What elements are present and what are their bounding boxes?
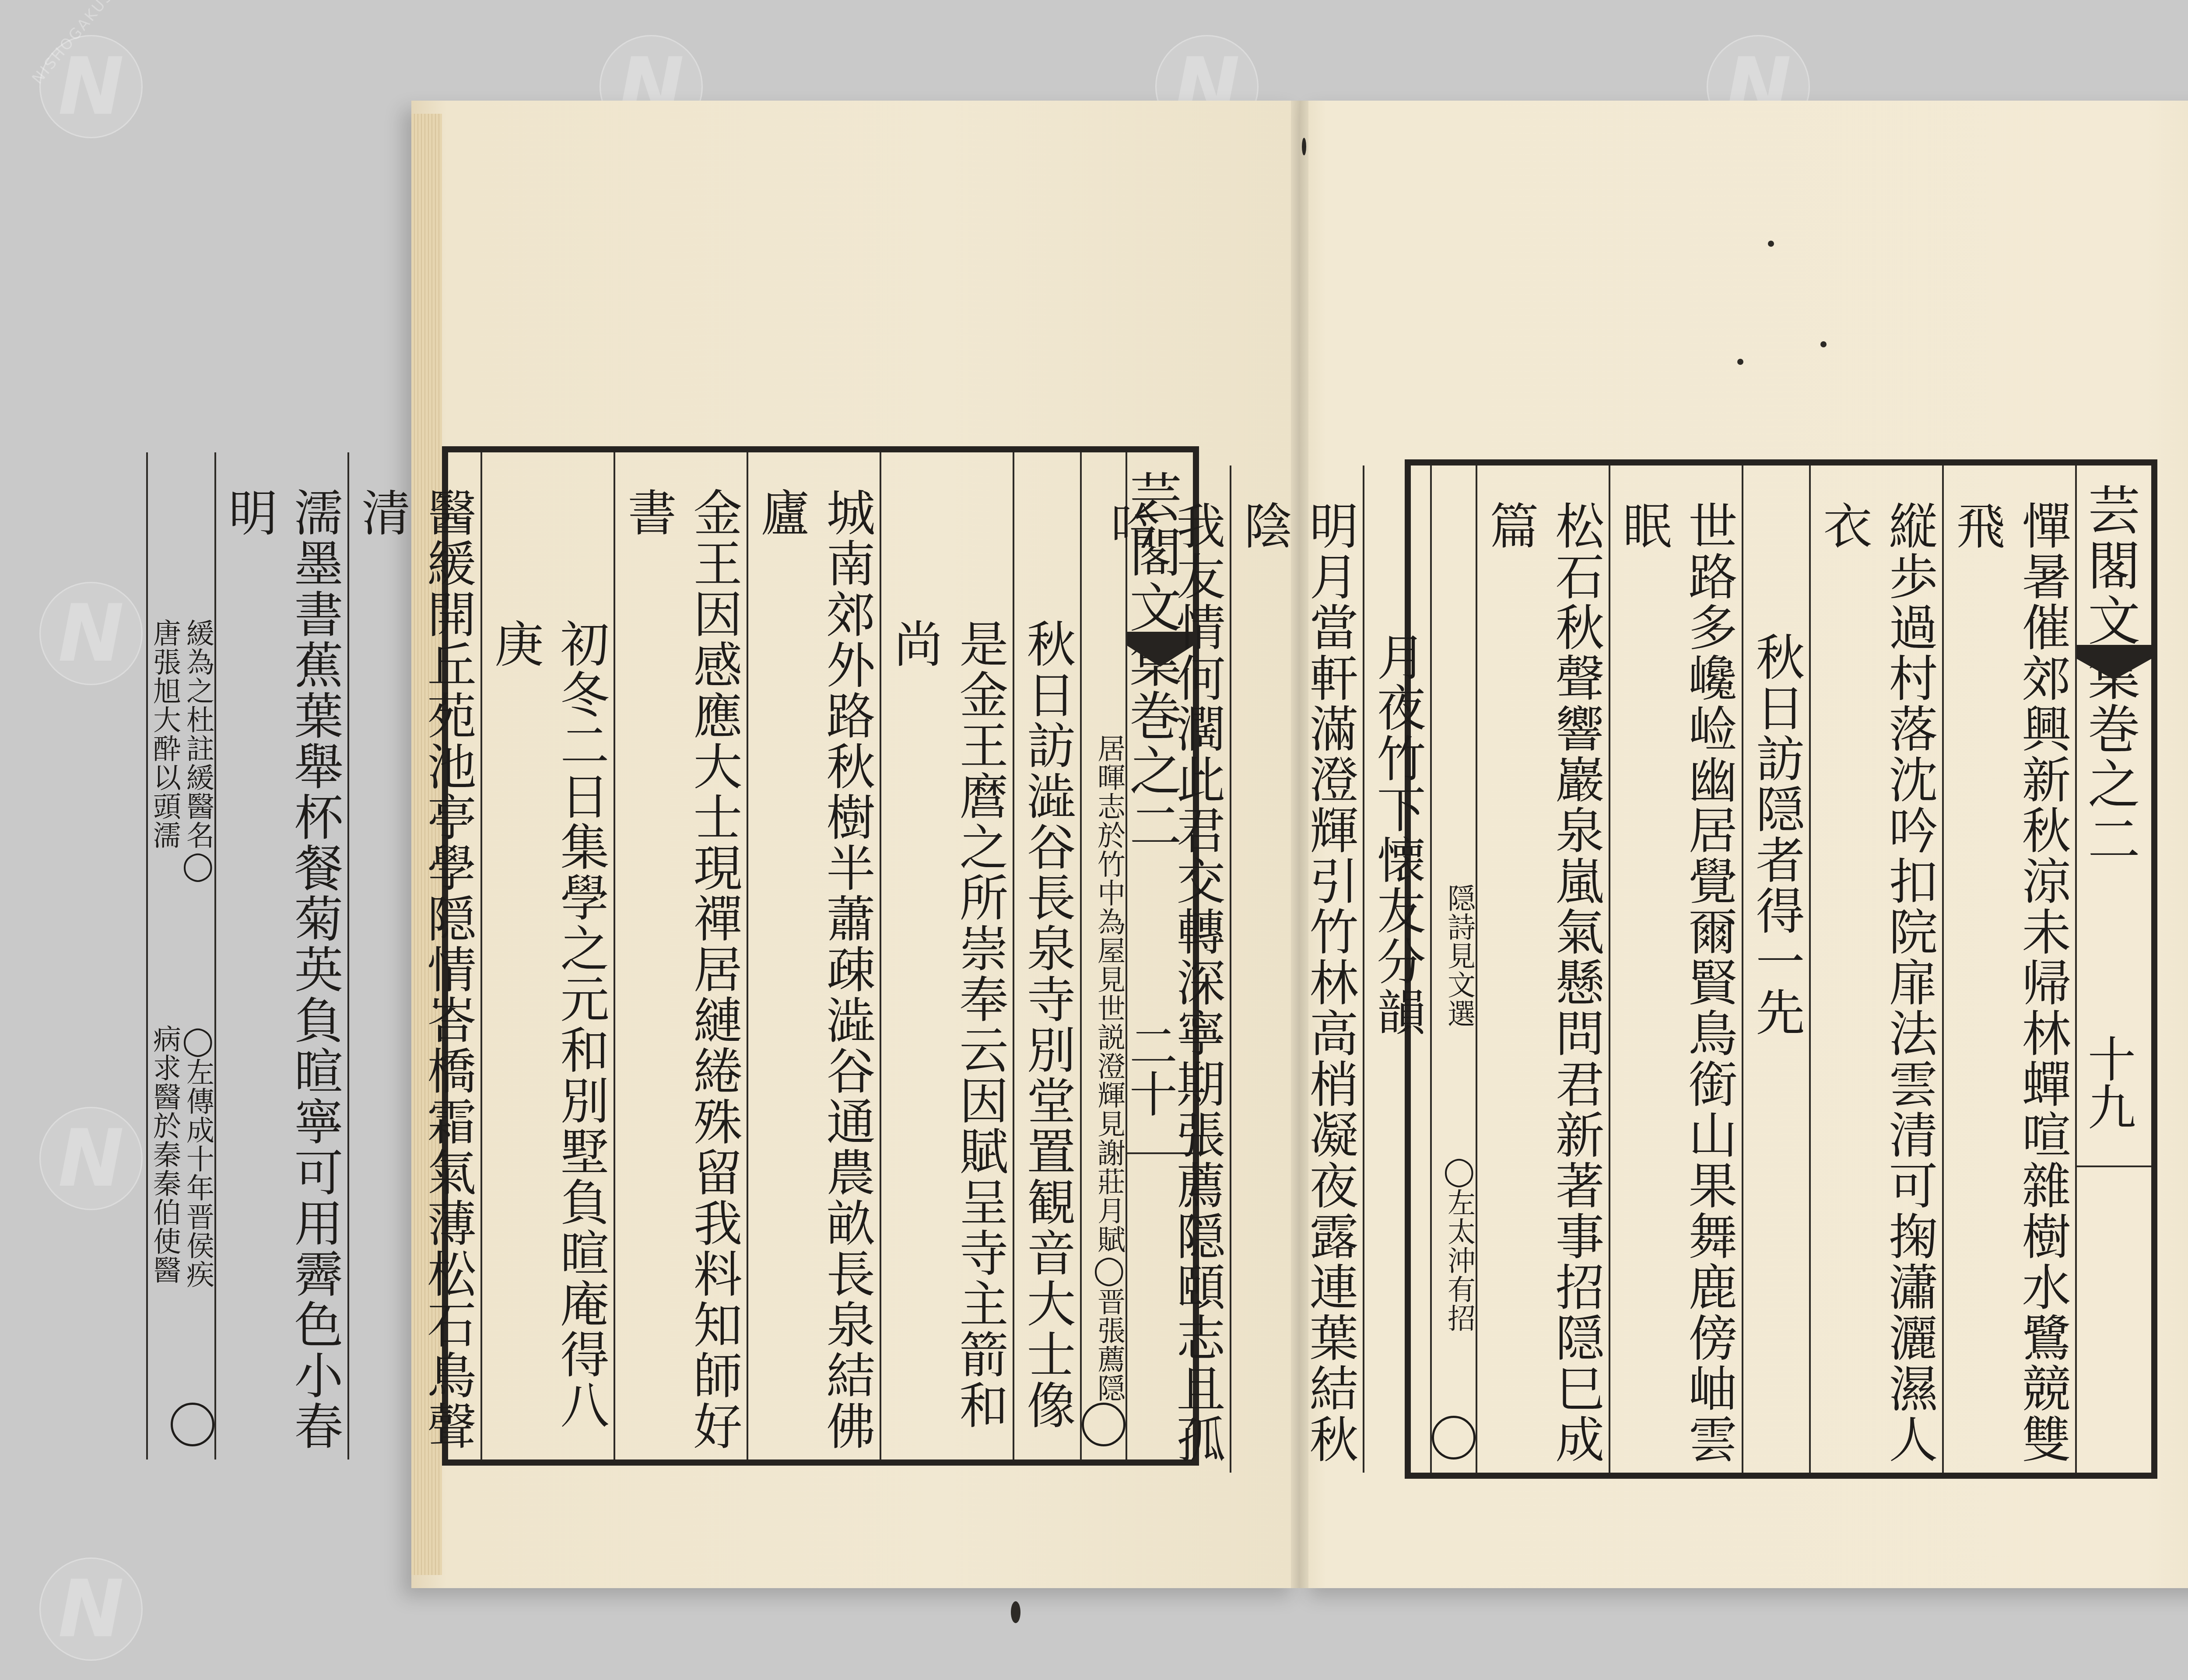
watermark-logo: N: [39, 1557, 143, 1661]
column-text: 是金王麿之所崇奉云因賦呈寺主箭和尚: [880, 452, 1013, 1459]
volume-label: 巻之二: [2072, 702, 2147, 867]
column-note-2: ◯左傳成十年晋侯疾病求醫於秦秦伯使醫 緩為之杜註緩醫名◯唐張旭大酔以頭濡: [146, 452, 214, 1459]
circle-mark-icon: [1432, 1416, 1476, 1459]
watermark-n-icon: N: [41, 583, 141, 684]
column-text: 憚暑催郊興新秋涼未帰林蟬喧雜樹水鷺競雙飛: [1942, 465, 2075, 1473]
column-text: 城南郊外路秋樹半蕭疎澁谷通農畝長泉結佛廬: [747, 452, 880, 1459]
poem-line: 醫緩開丘苑池亭學隠情峇橋霜氣薄松石鳥聲清: [349, 487, 480, 1459]
note-line: 緩為之杜註緩醫名◯唐張旭大酔以頭濡: [148, 487, 214, 893]
poem-line: 濡墨書蕉葉舉杯餐菊英負暄寧可用霽色小春明: [216, 487, 347, 1459]
column-text: 秋日訪隠者得一先: [1742, 465, 1809, 1473]
column-text: 松石秋聲響巖泉嵐氣懸問君新著事招隠巳成篇: [1476, 465, 1609, 1473]
poem-line: 憚暑催郊興新秋涼未帰林蟬喧雜樹水鷺競雙飛: [1944, 500, 2075, 1473]
circle-mark-icon: [171, 1403, 214, 1446]
column-text: 醫緩開丘苑池亭學隠情峇橋霜氣薄松石鳥聲清: [347, 452, 480, 1459]
left-text-frame: 澄輝見謝莊月賦◯晋張薦隠 居暉志於竹中為屋見世説 秋日訪澁谷長泉寺別堂置観音大士…: [442, 446, 1199, 1466]
poem-line: 松石秋聲響巖泉嵐氣懸問君新著事招隠巳成篇: [1477, 500, 1609, 1473]
watermark-n-icon: N: [41, 1108, 141, 1209]
ink-speck: [1737, 359, 1743, 365]
column-text: 金王因感應大士現禪居縺綣殊留我料知師好書: [614, 452, 747, 1459]
poem-line: 我友情何濶此君交轉深寧期張薦隠頤志且孤吟: [1098, 500, 1230, 1473]
spine-gutter: [1291, 101, 1308, 1588]
ink-speck: [1768, 241, 1774, 247]
open-book: 澄輝見謝莊月賦◯晋張薦隠 居暉志於竹中為屋見世説 秋日訪澁谷長泉寺別堂置観音大士…: [411, 101, 2188, 1588]
column-text: 縦歩過村落沈吟扣院扉法雲清可掬瀟灑濕人衣: [1809, 465, 1942, 1473]
column-text: 秋日訪澁谷長泉寺別堂置観音大士像: [1013, 452, 1080, 1459]
left-columns: 澄輝見謝莊月賦◯晋張薦隠 居暉志於竹中為屋見世説 秋日訪澁谷長泉寺別堂置観音大士…: [448, 452, 1193, 1459]
right-page: 芸閣文集 巻之二 十九 憚暑催郊興新秋涼未帰林蟬喧雜樹水鷺競雙飛 縦歩過村落沈吟…: [1300, 101, 2188, 1588]
poem-line: 世路多巉崄幽居覺爾賢鳥銜山果舞鹿傍岫雲眠: [1610, 500, 1742, 1473]
ink-speck: [1011, 1601, 1020, 1623]
right-text-frame: 芸閣文集 巻之二 十九 憚暑催郊興新秋涼未帰林蟬喧雜樹水鷺競雙飛 縦歩過村落沈吟…: [1405, 459, 2157, 1479]
note-line: ◯左傳成十年晋侯疾病求醫於秦秦伯使醫: [148, 893, 214, 1315]
poem-line: 金王因感應大士現禪居縺綣殊留我料知師好書: [615, 487, 747, 1459]
watermark-logo: NNISHOGAKUSHA: [39, 35, 143, 138]
watermark-n-icon: N: [41, 1559, 141, 1659]
poem-title: 秋日訪隠者得一先: [1743, 500, 1809, 1038]
poem-title: 月夜竹下懐友分韻: [1364, 500, 1430, 1038]
column-note: ◯左太沖有招 隠詩見文選: [1430, 465, 1476, 1473]
poem-title: 秋日訪澁谷長泉寺別堂置観音大士像: [1014, 487, 1080, 1431]
poem-line: 城南郊外路秋樹半蕭疎澁谷通農畝長泉結佛廬: [748, 487, 880, 1459]
poem-title: 是金王麿之所崇奉云因賦呈寺主箭和尚: [881, 487, 1013, 1459]
page-number: 十九: [2073, 1034, 2142, 1130]
poem-title: 初冬二日集學之元和別墅負暄庵得八庚: [482, 487, 614, 1459]
ink-speck: [1820, 341, 1827, 347]
column-text: 濡墨書蕉葉舉杯餐菊英負暄寧可用霽色小春明: [214, 452, 347, 1459]
watermark-logo: N: [39, 1107, 143, 1210]
column-text: 初冬二日集學之元和別墅負暄庵得八庚: [480, 452, 614, 1459]
poem-line: 縦歩過村落沈吟扣院扉法雲清可掬瀟灑濕人衣: [1811, 500, 1942, 1473]
note-line: ◯左太沖有招: [1432, 1028, 1476, 1333]
column-text: 世路多巉崄幽居覺爾賢鳥銜山果舞鹿傍岫雲眠: [1609, 465, 1742, 1473]
right-columns: 芸閣文集 巻之二 十九 憚暑催郊興新秋涼未帰林蟬喧雜樹水鷺競雙飛 縦歩過村落沈吟…: [1411, 465, 2151, 1473]
column-text: 我友情何濶此君交轉深寧期張薦隠頤志且孤吟: [1098, 465, 1230, 1473]
divider: [2077, 1165, 2151, 1167]
column-text: 月夜竹下懐友分韻: [1363, 465, 1430, 1473]
right-fore-edge: 芸閣文集 巻之二 十九: [2075, 465, 2151, 1473]
watermark-logo: N: [39, 582, 143, 685]
note-line: 隠詩見文選: [1432, 757, 1476, 1028]
